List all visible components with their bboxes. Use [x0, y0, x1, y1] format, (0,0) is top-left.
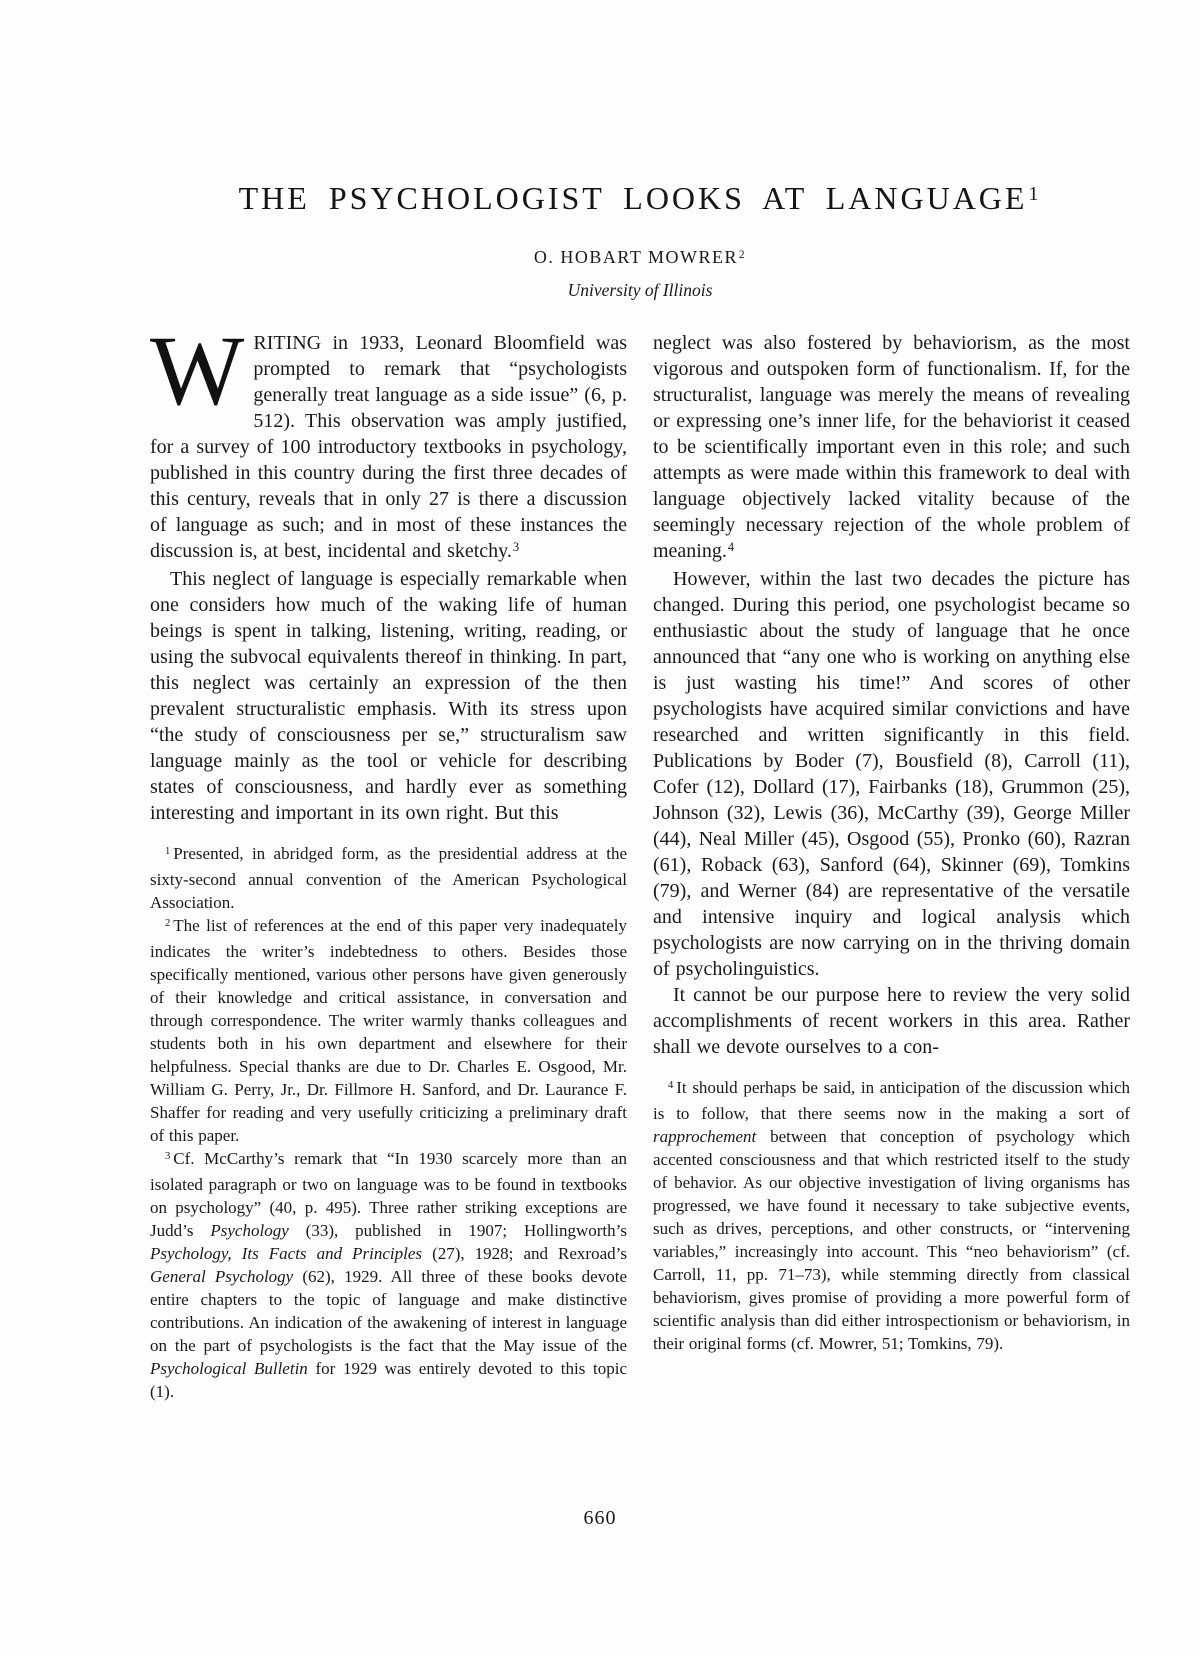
- footnote-4-foreign-term: rapprochement: [653, 1127, 756, 1146]
- footnote-3-text: (27), 1928; and Rexroad’s: [422, 1244, 627, 1263]
- body-paragraph-4: It cannot be our purpose here to review …: [653, 982, 1130, 1060]
- footnote-4-marker: 4: [667, 1080, 673, 1091]
- footnote-3-text: (33), published in 1907; Hollingworth’s: [289, 1221, 627, 1240]
- footnote-1-marker: 1: [164, 846, 170, 857]
- two-column-body: WRITING in 1933, Leonard Bloomfield was …: [150, 330, 1130, 1403]
- footnote-3-book-title: General Psychology: [150, 1267, 293, 1286]
- paper-title-text: THE PSYCHOLOGIST LOOKS AT LANGUAGE: [239, 180, 1028, 216]
- footnote-4-text: It should perhaps be said, in anticipati…: [653, 1078, 1130, 1123]
- paper-page: THE PSYCHOLOGIST LOOKS AT LANGUAGE1 O. H…: [0, 0, 1200, 1656]
- footnote-3-reference-marker: 3: [512, 540, 519, 554]
- right-column: neglect was also fostered by behaviorism…: [653, 330, 1130, 1403]
- footnote-3-journal-title: Psychological Bulletin: [150, 1359, 308, 1378]
- body-paragraph-2: This neglect of language is especially r…: [150, 566, 627, 826]
- footnote-4-text: between that conception of psychology wh…: [653, 1127, 1130, 1353]
- author-name-text: O. HOBART MOWRER: [534, 247, 738, 267]
- footnotes-right: 4It should perhaps be said, in anticipat…: [653, 1076, 1130, 1355]
- footnote-1-text: Presented, in abridged form, as the pres…: [150, 844, 627, 912]
- footnote-4-reference-marker: 4: [727, 540, 734, 554]
- body-paragraph-3: However, within the last two decades the…: [653, 566, 1130, 982]
- footnote-3-book-title: Psychology: [210, 1221, 288, 1240]
- title-footnote-marker: 1: [1027, 183, 1041, 205]
- footnote-2-text: The list of references at the end of thi…: [150, 916, 627, 1145]
- paper-title: THE PSYCHOLOGIST LOOKS AT LANGUAGE1: [150, 180, 1130, 221]
- body-paragraph-1-continued: neglect was also fostered by behaviorism…: [653, 330, 1130, 566]
- author-name: O. HOBART MOWRER2: [150, 247, 1130, 270]
- footnotes-left: 1Presented, in abridged form, as the pre…: [150, 842, 627, 1403]
- footnote-3: 3Cf. McCarthy’s remark that “In 1930 sca…: [150, 1147, 627, 1403]
- left-column: WRITING in 1933, Leonard Bloomfield was …: [150, 330, 627, 1403]
- author-affiliation: University of Illinois: [150, 280, 1130, 300]
- footnote-4: 4It should perhaps be said, in anticipat…: [653, 1076, 1130, 1355]
- footnote-1: 1Presented, in abridged form, as the pre…: [150, 842, 627, 914]
- body-paragraph-1-continued-text: neglect was also fostered by behaviorism…: [653, 332, 1130, 562]
- footnote-3-book-title: Psychology, Its Facts and Principles: [150, 1244, 422, 1263]
- footnote-2: 2The list of references at the end of th…: [150, 914, 627, 1147]
- body-paragraph-1: WRITING in 1933, Leonard Bloomfield was …: [150, 330, 627, 566]
- footnote-2-marker: 2: [164, 918, 170, 929]
- author-footnote-marker: 2: [738, 249, 746, 261]
- page-number: 660: [0, 1507, 1200, 1530]
- drop-cap: W: [150, 333, 244, 409]
- footnote-3-marker: 3: [164, 1151, 170, 1162]
